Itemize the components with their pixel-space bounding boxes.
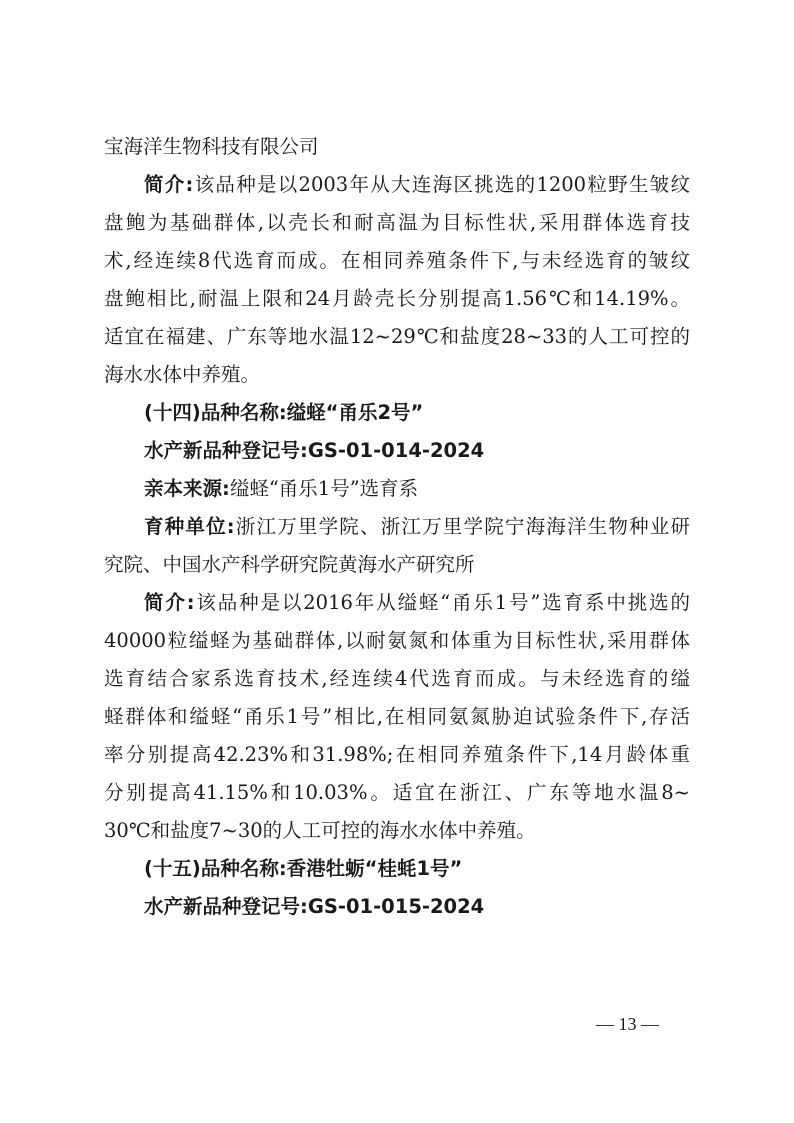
entry14-intro-line: 简介:该品种是以2016年从缢蛏“甬乐1号”选育系中挑选的: [104, 584, 690, 622]
entry15-registration: 水产新品种登记号:GS-01-015-2024: [104, 888, 690, 926]
heading-value: 缢蛏“甬乐2号”: [287, 401, 424, 424]
entry14-intro-line: 选育结合家系选育技术,经连续4代选育而成。与未经选育的缢: [104, 660, 690, 698]
entry13-intro-line: 海水水体中养殖。: [104, 356, 690, 394]
registration-label: 水产新品种登记号:: [144, 895, 308, 918]
entry14-breeder-line: 育种单位:浙江万里学院、浙江万里学院宁海海洋生物种业研: [104, 508, 690, 546]
document-page: 宝海洋生物科技有限公司 简介:该品种是以2003年从大连海区挑选的1200粒野生…: [104, 128, 690, 926]
intro-label: 简介:: [144, 591, 195, 614]
heading-label: (十四)品种名称:: [144, 401, 287, 424]
entry14-heading: (十四)品种名称:缢蛏“甬乐2号”: [104, 394, 690, 432]
entry13-intro-line: 盘鲍为基础群体,以壳长和耐高温为目标性状,采用群体选育技: [104, 204, 690, 242]
entry13-intro-line: 术,经连续8代选育而成。在相同养殖条件下,与未经选育的皱纹: [104, 242, 690, 280]
breeder-continuation: 宝海洋生物科技有限公司: [104, 128, 690, 166]
registration-label: 水产新品种登记号:: [144, 439, 308, 462]
intro-label: 简介:: [144, 173, 193, 196]
intro-text: 该品种是以2003年从大连海区挑选的1200粒野生皱纹: [193, 173, 690, 196]
entry15-heading: (十五)品种名称:香港牡蛎“桂蚝1号”: [104, 850, 690, 888]
entry14-intro-line: 蛏群体和缢蛏“甬乐1号”相比,在相同氨氮胁迫试验条件下,存活: [104, 698, 690, 736]
entry14-intro-line: 分别提高41.15%和10.03%。适宜在浙江、广东等地水温8~: [104, 774, 690, 812]
registration-value: GS-01-015-2024: [308, 895, 484, 918]
entry13-intro-line: 适宜在福建、广东等地水温12~29℃和盐度28~33的人工可控的: [104, 318, 690, 356]
entry14-breeder-line: 究院、中国水产科学研究院黄海水产研究所: [104, 546, 690, 584]
parent-label: 亲本来源:: [144, 477, 230, 500]
heading-label: (十五)品种名称:: [144, 857, 287, 880]
entry14-registration: 水产新品种登记号:GS-01-014-2024: [104, 432, 690, 470]
registration-value: GS-01-014-2024: [308, 439, 484, 462]
entry14-intro-line: 40000粒缢蛏为基础群体,以耐氨氮和体重为目标性状,采用群体: [104, 622, 690, 660]
entry13-intro-line: 简介:该品种是以2003年从大连海区挑选的1200粒野生皱纹: [104, 166, 690, 204]
heading-value: 香港牡蛎“桂蚝1号”: [287, 857, 463, 880]
entry14-parent: 亲本来源:缢蛏“甬乐1号”选育系: [104, 470, 690, 508]
entry13-intro-line: 盘鲍相比,耐温上限和24月龄壳长分别提高1.56℃和14.19%。: [104, 280, 690, 318]
page-number: — 13 —: [596, 1012, 659, 1036]
intro-text: 该品种是以2016年从缢蛏“甬乐1号”选育系中挑选的: [195, 591, 690, 614]
entry14-intro-line: 率分别提高42.23%和31.98%;在相同养殖条件下,14月龄体重: [104, 736, 690, 774]
breeder-label: 育种单位:: [144, 515, 235, 538]
entry14-intro-line: 30℃和盐度7~30的人工可控的海水水体中养殖。: [104, 812, 690, 850]
breeder-value: 浙江万里学院、浙江万里学院宁海海洋生物种业研: [235, 515, 690, 538]
parent-value: 缢蛏“甬乐1号”选育系: [230, 477, 418, 500]
